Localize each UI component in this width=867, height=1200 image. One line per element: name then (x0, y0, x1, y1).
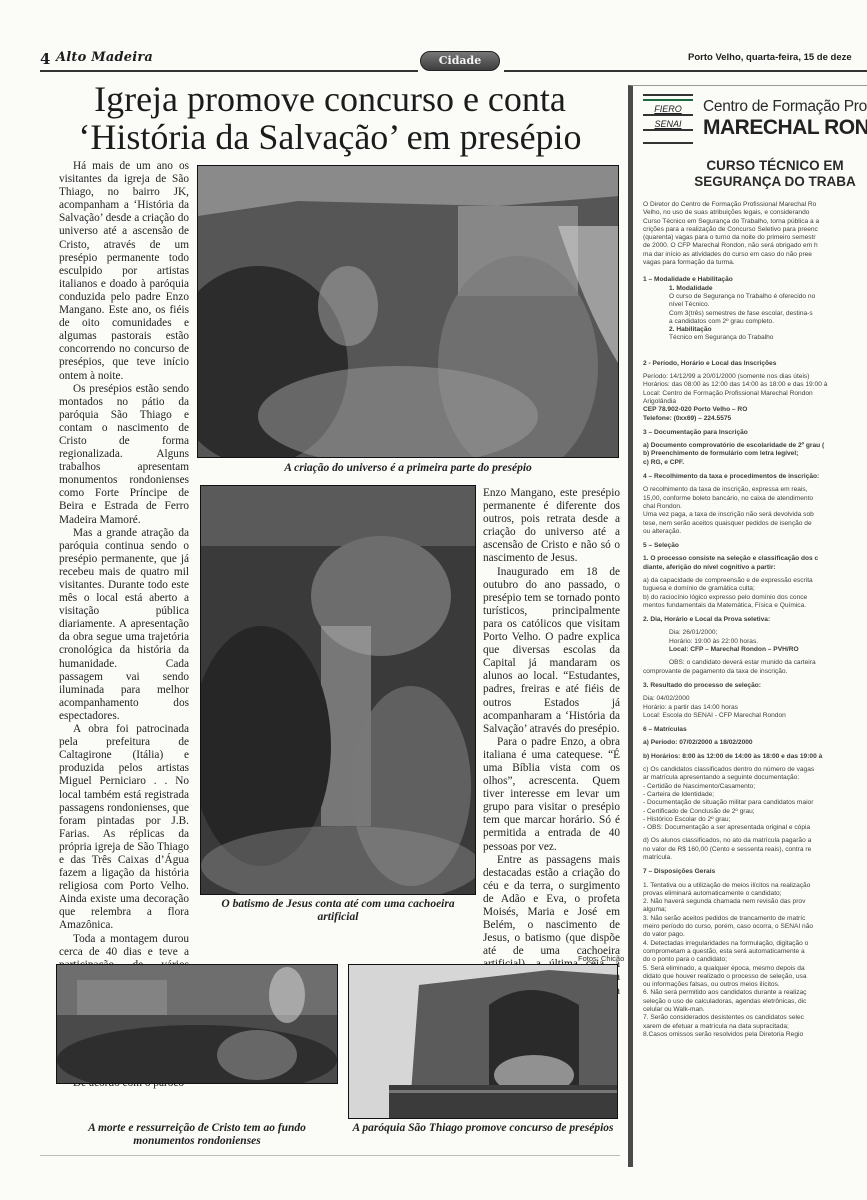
parish-nativity-image (349, 965, 618, 1119)
article-headline: Igreja promove concurso e conta ‘Históri… (40, 80, 620, 156)
advert-body: O Diretor do Centro de Formação Profissi… (643, 201, 867, 1039)
photo-caption: A paróquia São Thiago promove concurso d… (348, 1122, 618, 1135)
newspaper-masthead: Alto Madeira (56, 50, 153, 65)
nativity-scene-image (198, 166, 619, 458)
advert-section-title: 5 – Seleção (643, 542, 867, 550)
advert-course-title: CURSO TÉCNICO EM SEGURANÇA DO TRABA (655, 158, 867, 190)
paragraph: Há mais de um ano os visitantes da igrej… (59, 160, 189, 383)
header-rule-left (40, 70, 418, 72)
photo-parish-sao-thiago (348, 964, 618, 1119)
advert-center-title: MARECHAL RON (703, 116, 867, 140)
advert-center-name: Centro de Formação Prof (703, 98, 867, 116)
advert-section-title: 3 – Documentação para Inscrição (643, 429, 867, 437)
photo-caption: O batismo de Jesus conta até com uma cac… (200, 898, 476, 924)
paragraph: Inaugurado em 18 de outubro do ano passa… (483, 566, 620, 736)
headline-line-2: ‘História da Salvação’ em presépio (40, 118, 620, 156)
page-number: 4 (40, 50, 50, 68)
advert-section-title: 7 – Disposições Gerais (643, 868, 867, 876)
advert-section-title: 1 – Modalidade e Habilitação (643, 276, 867, 284)
paragraph: Mas a grande atração da paróquia continu… (59, 527, 189, 723)
photo-death-and-resurrection (56, 964, 338, 1084)
article-column-1: Há mais de um ano os visitantes da igrej… (59, 160, 189, 1090)
fiero-senai-logo: FIERO SENAI (643, 94, 693, 147)
dateline: Porto Velho, quarta-feira, 15 de deze (688, 52, 852, 63)
paragraph: A obra foi patrocinada pela prefeitura d… (59, 723, 189, 933)
advert-section-title: 6 – Matrículas (643, 726, 867, 734)
advert-section-title: 4 – Recolhimento da taxa e procedimentos… (643, 473, 867, 481)
advert-section-title: 2 - Período, Horário e Local das Inscriç… (643, 360, 867, 368)
photo-credit: Fotos: Chicão (578, 954, 624, 963)
waterfall-scene-image (201, 486, 476, 895)
bottom-rule (40, 1155, 620, 1156)
paragraph: Para o padre Enzo, a obra italiana é uma… (483, 736, 620, 854)
photo-caption: A morte e ressurreição de Cristo tem ao … (56, 1122, 338, 1148)
paragraph: Os presépios estão sendo montados no pát… (59, 383, 189, 527)
section-label: Cidade (420, 51, 500, 71)
headline-line-1: Igreja promove concurso e conta (40, 80, 620, 118)
paragraph: Enzo Mangano, este presépio permanente é… (483, 487, 620, 566)
resurrection-scene-image (57, 965, 338, 1084)
senai-course-advert: FIERO SENAI Centro de Formação Prof MARE… (628, 85, 867, 1167)
header-rule-right (504, 70, 867, 72)
article-column-3: Enzo Mangano, este presépio permanente é… (483, 487, 620, 1011)
photo-caption: A criação do universo é a primeira parte… (197, 462, 619, 475)
photo-creation-of-universe (197, 165, 619, 458)
photo-baptism-of-jesus (200, 485, 476, 895)
